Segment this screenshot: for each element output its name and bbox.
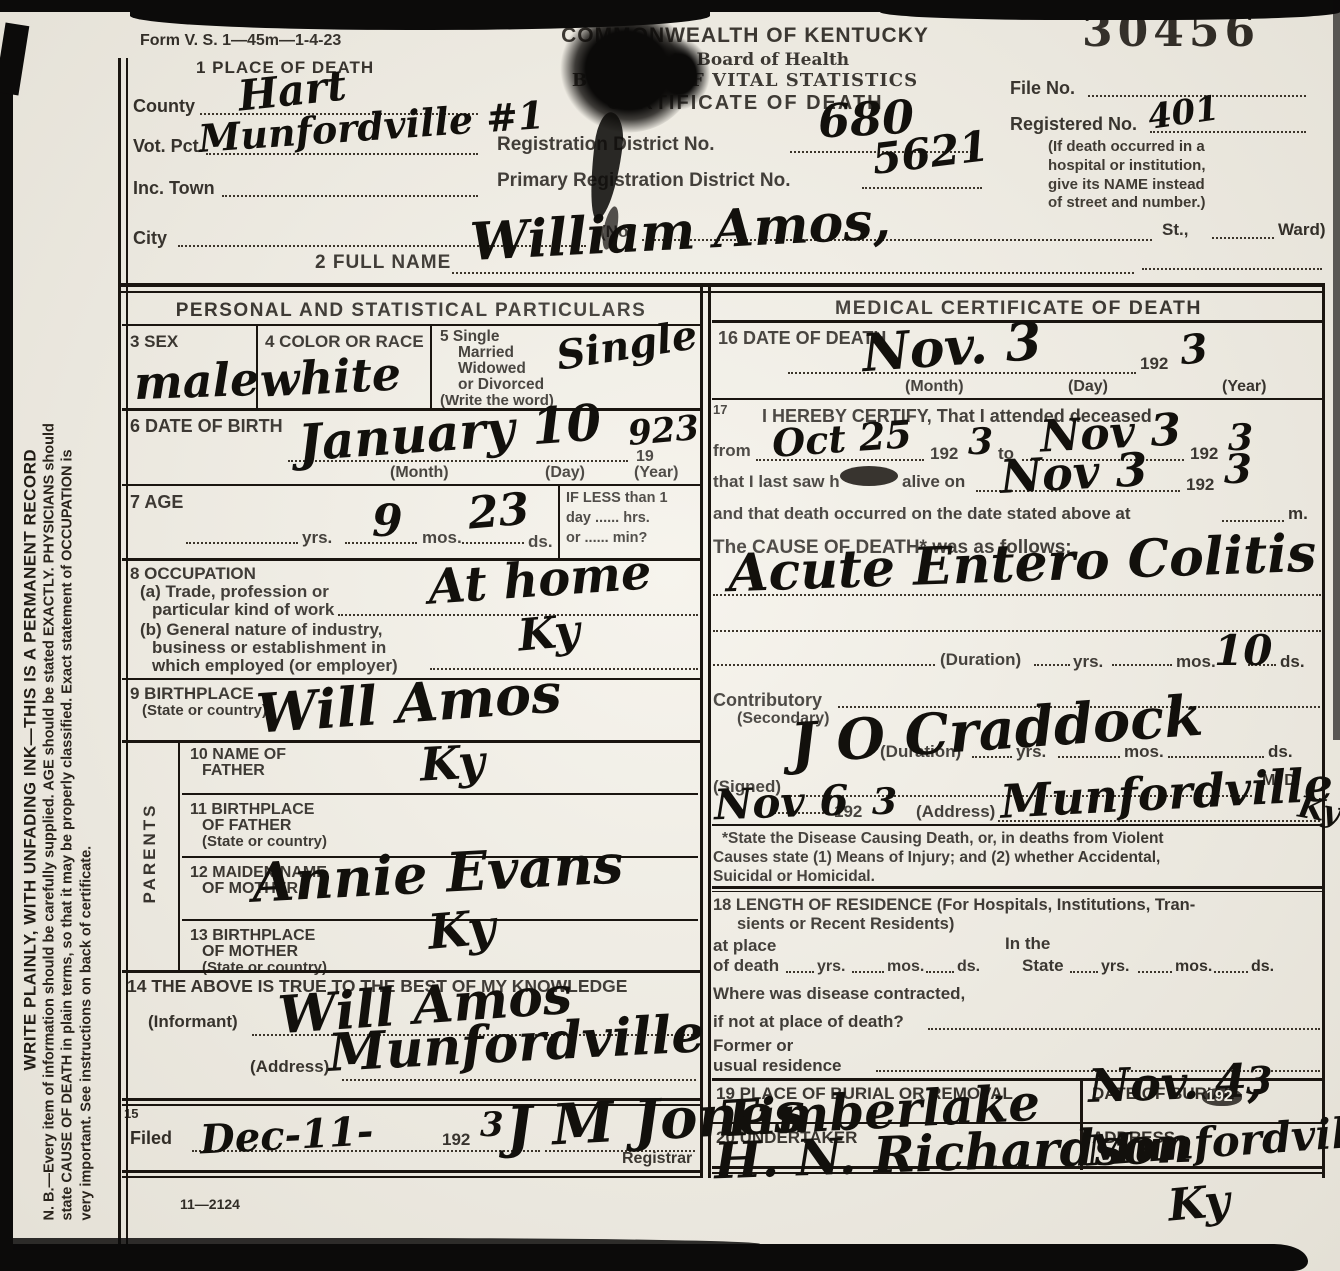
margin-instruction-line4: very important. See instructions on back… <box>77 71 95 1221</box>
hospital-note-line2: hospital or institution, <box>1048 157 1206 174</box>
dod-year-value: 3 <box>1178 329 1210 372</box>
residence-where-contracted: Where was disease contracted, <box>713 984 965 1004</box>
last-saw-year-printed: 192 <box>1186 475 1214 495</box>
vot-pct-label: Vot. Pct. <box>133 136 204 157</box>
residence-line-4 <box>1070 971 1098 973</box>
mother-bp-label-3: (State or country) <box>202 959 327 976</box>
age-ds-value: 23 <box>466 487 531 536</box>
dob-day-label: (Day) <box>545 464 585 482</box>
scan-edge-right <box>1333 0 1340 740</box>
residence-mos-2: mos. <box>1175 958 1212 976</box>
scan-edge-top-bulge-2 <box>880 0 1340 20</box>
signed-address-value: Munfordville <box>999 761 1334 824</box>
filed-label: Filed <box>130 1128 172 1149</box>
occupation-b-line2: business or establishment in <box>152 638 386 658</box>
dob-month-label: (Month) <box>390 464 449 482</box>
inc-town-label: Inc. Town <box>133 178 215 199</box>
race-value: white <box>259 350 402 403</box>
primary-district-value: 5621 <box>870 125 991 181</box>
residence-line-1 <box>786 971 814 973</box>
informant-label: (Informant) <box>148 1012 238 1032</box>
father-name-label-2: FATHER <box>202 762 265 780</box>
full-name-line-2 <box>1142 268 1322 270</box>
birthplace-sub-label: (State or country) <box>142 702 267 719</box>
occupation-b-line3: which employed (or employer) <box>152 656 398 676</box>
certify-from-value: Oct 25 <box>771 415 913 463</box>
certify-to-year-printed: 192 <box>1190 444 1218 464</box>
age-mos-value: 9 <box>372 500 403 544</box>
ink-blot-lobe <box>648 38 710 110</box>
hospital-note-line3: give its NAME instead <box>1048 176 1205 193</box>
occupation-b-value: Ky <box>516 609 581 658</box>
age-yrs-label: yrs. <box>302 528 332 548</box>
informant-address-value: Munfordville <box>327 1008 706 1080</box>
cause-line-3 <box>713 664 935 666</box>
residence-yrs-1: yrs. <box>817 958 845 976</box>
if-less-line1: IF LESS than 1 <box>566 490 668 506</box>
residence-former: Former or <box>713 1036 793 1056</box>
residence-ds-2: ds. <box>1251 958 1274 976</box>
last-saw-value: Nov 3 <box>999 446 1149 500</box>
personal-title: PERSONAL AND STATISTICAL PARTICULARS <box>122 300 700 322</box>
occurred-line <box>1222 520 1284 522</box>
residence-title-line2: sients or Recent Residents) <box>737 915 954 934</box>
residence-line-6 <box>1214 971 1248 973</box>
column-divider-right <box>708 283 711 1178</box>
city-ward-label: Ward) <box>1278 220 1326 240</box>
registered-no-label: Registered No. <box>1010 114 1137 135</box>
scan-edge-bottom-2 <box>0 1238 760 1250</box>
occupation-a-line1: (a) Trade, profession or <box>140 582 329 602</box>
dob-row-bottom-rule <box>122 484 700 486</box>
certify-from-year-value: 3 <box>968 424 993 460</box>
occupation-a-value: At home <box>427 548 653 611</box>
scan-edge-left <box>0 60 13 1271</box>
county-label: County <box>133 96 195 117</box>
certify-section-number: 17 <box>713 402 727 417</box>
occurred-label: and that death occurred on the date stat… <box>713 504 1131 524</box>
father-name-rule <box>182 793 698 795</box>
margin-instruction-line1: WRITE PLAINLY, WITH UNFADING INK—THIS IS… <box>20 71 41 1221</box>
residence-at-place: at place <box>713 936 776 956</box>
birthplace-row-bottom-rule <box>122 740 700 743</box>
left-column-bottom-rule-inner <box>122 1176 700 1178</box>
residence-yrs-2: yrs. <box>1101 958 1129 976</box>
dob-label: 6 DATE OF BIRTH <box>130 416 283 437</box>
footnote-line2: Causes state (1) Means of Injury; and (2… <box>713 849 1160 867</box>
residence-state-label: State <box>1022 956 1064 976</box>
residence-top-rule-inner <box>712 891 1325 892</box>
age-ds-label: ds. <box>528 532 553 552</box>
margin-instructions: WRITE PLAINLY, WITH UNFADING INK—THIS IS… <box>20 71 115 1221</box>
body-top-rule-inner <box>118 291 1325 293</box>
sex-label: 3 SEX <box>130 332 178 352</box>
filed-year-value: 3 <box>480 1108 504 1142</box>
contributory-label: Contributory <box>713 690 822 711</box>
death-certificate-scan: WRITE PLAINLY, WITH UNFADING INK—THIS IS… <box>0 0 1340 1271</box>
occupation-b-line1: (b) General nature of industry, <box>140 620 382 640</box>
cause-duration-line-1 <box>1034 664 1070 666</box>
cause-ds-label: ds. <box>1280 652 1305 672</box>
body-top-rule-outer <box>118 283 1325 287</box>
dob-year-label: (Year) <box>634 464 678 482</box>
filed-year-printed: 192 <box>442 1130 470 1150</box>
occurred-m-label: m. <box>1288 504 1308 524</box>
city-st-label: St., <box>1162 220 1188 240</box>
cause-mos-label: mos. <box>1176 652 1216 672</box>
cause-duration-line-2 <box>1112 664 1172 666</box>
scan-edge-top-bulge <box>130 0 710 30</box>
city-label: City <box>133 228 167 249</box>
signed-date-value: Nov 6 <box>713 780 849 827</box>
certify-from-label: from <box>713 441 751 461</box>
hospital-note-line4: of street and number.) <box>1048 194 1206 211</box>
primary-district-label: Primary Registration District No. <box>497 170 791 192</box>
dod-year-label: (Year) <box>1222 378 1266 396</box>
dod-day-label: (Day) <box>1068 378 1108 396</box>
dob-year-value: 923 <box>627 411 701 451</box>
residence-line-2 <box>852 971 884 973</box>
residence-in-the: In the <box>1005 934 1050 954</box>
last-saw-label-2: alive on <box>902 472 965 492</box>
dod-bottom-rule <box>712 398 1325 400</box>
informant-address-label: (Address) <box>250 1057 329 1077</box>
mother-bp-value: Ky <box>426 903 497 957</box>
left-column-bottom-rule-outer <box>122 1170 700 1173</box>
footnote-line1: *State the Disease Causing Death, or, in… <box>722 830 1164 848</box>
burial-year-printed: 192 <box>1206 1088 1233 1106</box>
occupation-label: 8 OCCUPATION <box>130 564 256 584</box>
age-line-3 <box>462 542 524 544</box>
full-name-label: 2 FULL NAME <box>315 252 451 274</box>
primary-district-line <box>862 187 982 189</box>
father-name-value: Ky <box>419 738 486 787</box>
hospital-note-line1: (If death occurred in a <box>1048 138 1205 155</box>
residence-of-death: of death <box>713 956 779 976</box>
margin-instruction-line2: N. B.—Every item of information should b… <box>41 71 59 1221</box>
contributory-duration-line-3 <box>1168 756 1264 758</box>
cause-yrs-label: yrs. <box>1073 652 1103 672</box>
signed-address-extra: Ky <box>1296 793 1340 830</box>
dod-value: Nov. 3 <box>860 316 1043 380</box>
margin-instruction-line3: state CAUSE OF DEATH in plain terms, so … <box>59 71 77 1221</box>
age-label: 7 AGE <box>130 492 183 513</box>
age-line-1 <box>186 542 298 544</box>
ink-smudge-him <box>840 466 898 486</box>
undertaker-address-extra: Ky <box>1166 1179 1231 1228</box>
form-border-right <box>1322 283 1325 1178</box>
footnote-line3: Suicidal or Homicidal. <box>713 868 875 886</box>
residence-ds-1: ds. <box>957 958 980 976</box>
residence-line-3 <box>926 971 954 973</box>
last-saw-year-value: 3 <box>1224 450 1252 490</box>
birthplace-label: 9 BIRTHPLACE <box>130 684 254 704</box>
residence-usual: usual residence <box>713 1056 842 1076</box>
last-saw-label: that I last saw h <box>713 472 840 492</box>
parents-vertical-label: PARENTS <box>122 739 178 967</box>
if-less-line2: day ...... hrs. <box>566 510 650 526</box>
file-no-label: File No. <box>1010 78 1075 99</box>
age-ifless-divider <box>558 484 560 558</box>
full-name-line <box>452 272 1134 274</box>
hospital-note: (If death occurred in a hospital or inst… <box>1048 138 1318 213</box>
birthplace-value: Will Amos <box>254 665 563 740</box>
registered-no-value: 401 <box>1146 91 1221 135</box>
sex-value: male <box>133 356 260 406</box>
mother-name-value: Annie Evans <box>251 836 625 909</box>
signed-year-value: 3 <box>872 784 897 820</box>
print-code: 11—2124 <box>180 1196 240 1212</box>
cause-duration-ds-value: 10 <box>1214 630 1272 672</box>
residence-top-rule-outer <box>712 886 1325 889</box>
residence-mos-1: mos. <box>887 958 924 976</box>
inc-town-line <box>222 195 478 197</box>
dod-year-printed: 192 <box>1140 354 1168 374</box>
full-name-value: William Amos, <box>469 195 892 269</box>
race-marital-divider <box>430 324 432 408</box>
residence-if-not-line <box>928 1028 1320 1030</box>
age-mos-label: mos. <box>422 528 462 548</box>
burial-year-value: 3 <box>1246 1062 1272 1100</box>
filed-date-value: Dec-11- <box>199 1111 374 1160</box>
signed-address-label: (Address) <box>916 802 995 822</box>
form-code: Form V. S. 1—45m—1-4-23 <box>140 32 341 50</box>
form-border-left-inner <box>126 58 128 1244</box>
residence-title-line1: 18 LENGTH OF RESIDENCE (For Hospitals, I… <box>713 896 1195 915</box>
parents-bottom-rule <box>122 970 700 973</box>
form-border-left-outer <box>118 58 121 1244</box>
occupation-a-line2: particular kind of work <box>152 600 334 620</box>
cause-duration-label: (Duration) <box>940 650 1021 670</box>
residence-line-5 <box>1138 971 1172 973</box>
certify-from-year-printed: 192 <box>930 444 958 464</box>
city-st-line <box>1212 237 1274 239</box>
parents-cell-divider <box>178 740 180 970</box>
if-less-line3: or ...... min? <box>566 530 647 546</box>
residence-if-not: if not at place of death? <box>713 1012 904 1032</box>
